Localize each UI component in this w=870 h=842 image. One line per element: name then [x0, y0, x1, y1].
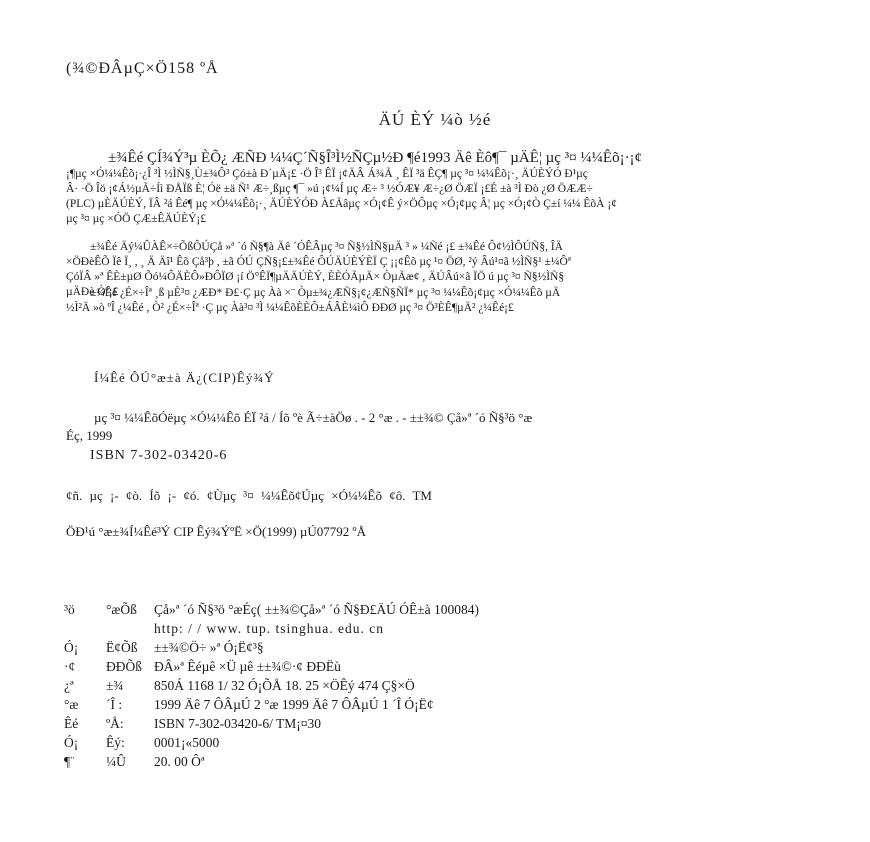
info-label: Ó¡	[64, 735, 106, 754]
info-label: Ó¡	[64, 640, 106, 659]
cip-heading: Í¼Êé ÔÚ°æ±à Ä¿(CIP)Êý¾Ý	[94, 370, 274, 386]
info-value: 1999 Äê 7 ÔÂµÚ 2 °æ 1999 Äê 7 ÔÂµÚ 1 ´Î …	[154, 697, 479, 716]
info-row-printer: Ó¡ Ë¢Õß ±±¾©Ö÷ »ª Ó¡Ë¢³§	[64, 640, 479, 659]
info-value: ISBN 7-302-03420-6/ TM¡¤30	[154, 716, 479, 735]
info-value: ÐÂ»ª Êéµê ×Ü µê ±±¾©·¢ ÐÐËù	[154, 659, 479, 678]
cip-isbn: ISBN 7-302-03420-6	[90, 448, 227, 464]
paragraph-line: ×ÖÐèÊÕ Ïê Ï¸ , ¸ Ä Äî¹ Êõ Çå³þ , ±ã ÓÚ Ç…	[66, 255, 826, 270]
paragraph-line: ÇóÏÂ »ª ÊÈ±µØ Õó¼ÔÄÈÔ»ÐÔÏØ ¡í Ö°ÊÏ¶µÄÄÚÈ…	[66, 270, 826, 285]
cip-classification: ¢ñ. µç ¡- ¢ò. Íõ ¡- ¢ó. ¢Ùµç ³¤ ¼¼Êõ¢Úµç…	[66, 488, 432, 504]
info-row-format: ¿ª ±¾ 850Á 1168 1/ 32 Ó¡ÕÅ 18. 25 ×ÖÊý 4…	[64, 678, 479, 697]
paragraph-line: ±¾Êé ÇÍ¾Ý³µ ÈÕ¿ ÆÑÐ ¼¼Ç´Ñ§Î³Ì½ÑÇµ½Ð ¶é19…	[66, 149, 826, 167]
paragraph-line: (PLC) µÈÄÚÈÝ, ÏÂ ²á Êé¶ µç ×Ó¼¼Êõ¡·¸ ÄÚÈ…	[66, 197, 826, 212]
cip-record-number: ÖÐ¹ú °æ±¾Í¼Êé³Ý CIP Êý¾ÝºË ×Ö(1999) µÚ07…	[66, 524, 366, 540]
info-label: °æ	[64, 697, 106, 716]
info-label: Ë¢Õß	[106, 640, 154, 659]
cip-entry-line-2: Éç, 1999	[66, 428, 112, 444]
info-label: ¶¨	[64, 754, 106, 773]
summary-paragraph-1: ±¾Êé ÇÍ¾Ý³µ ÈÕ¿ ÆÑÐ ¼¼Ç´Ñ§Î³Ì½ÑÇµ½Ð ¶é19…	[66, 149, 826, 227]
cip-entry-line-1: µç ³¤ ¼¼ÊõÓëµç ×Ó¼¼Êõ ÉÏ ²á / Íõ ºè Ã÷±à…	[94, 410, 532, 426]
info-value: ±±¾©Ö÷ »ª Ó¡Ë¢³§	[154, 640, 479, 659]
info-value: 850Á 1168 1/ 32 Ó¡ÕÅ 18. 25 ×ÖÊý 474 Ç§×…	[154, 678, 479, 697]
document-code: (¾©ÐÂµÇ×Ö158 ºÅ	[66, 60, 219, 78]
info-row-print-run: Ó¡ Êý: 0001¡«5000	[64, 735, 479, 754]
info-label: Êé	[64, 716, 106, 735]
info-row-publisher: ³ö °æÕß Çå»ª ´ó Ñ§³ö °æÉç( ±±¾©Çå»ª ´ó Ñ…	[64, 602, 479, 621]
info-label: ºÅ:	[106, 716, 154, 735]
info-label: ¿ª	[64, 678, 106, 697]
website-link[interactable]: http: / / www. tup. tsinghua. edu. cn	[154, 621, 479, 640]
info-label: ÐÐÕß	[106, 659, 154, 678]
info-label: ±¾	[106, 678, 154, 697]
paragraph-line: ½Ì²Ä »ò ºÎ ¿¼Êé , Ò² ¿É×÷Îª ·Ç µç Àà³¤ ³…	[66, 301, 826, 316]
info-value: 20. 00 Ôª	[154, 754, 479, 773]
paragraph-line: ±¾Êé Äý¼ÛÀÊ×÷ÕßÔÚÇå »ª ´ó Ñ§¶à Äê ´ÓÊÂµç…	[66, 240, 826, 255]
paragraph-line: ±¾Êé ¿É×÷Îª ¸ß µÈ³¤ ¿ÆÐ* Ð£·Ç µç Àà ×¨ Ò…	[66, 286, 826, 301]
info-label: ·¢	[64, 659, 106, 678]
info-label: ¼Û	[106, 754, 154, 773]
paragraph-line: µç ³¤ µç ×ÓÖ ÇÆ±ÊÄÚÈÝ¡£	[66, 212, 826, 227]
info-label	[64, 621, 106, 640]
info-row-edition: °æ ´Î : 1999 Äê 7 ÔÂµÚ 2 °æ 1999 Äê 7 ÔÂ…	[64, 697, 479, 716]
info-label	[106, 621, 154, 640]
info-label: Êý:	[106, 735, 154, 754]
info-label: ³ö	[64, 602, 106, 621]
publication-info-table: ³ö °æÕß Çå»ª ´ó Ñ§³ö °æÉç( ±±¾©Çå»ª ´ó Ñ…	[64, 602, 479, 773]
summary-paragraph-3: ±¾Êé ¿É×÷Îª ¸ß µÈ³¤ ¿ÆÐ* Ð£·Ç µç Àà ×¨ Ò…	[66, 286, 826, 316]
info-label: ´Î :	[106, 697, 154, 716]
paragraph-line: Â· ·Ö Îö ¡¢Á½µÃ÷Íì ÐÅÏß È¦ Óë ±ä Ñ¹ Æ÷¸ß…	[66, 182, 826, 197]
info-row-book-number: Êé ºÅ: ISBN 7-302-03420-6/ TM¡¤30	[64, 716, 479, 735]
info-row-website: http: / / www. tup. tsinghua. edu. cn	[64, 621, 479, 640]
info-row-price: ¶¨ ¼Û 20. 00 Ôª	[64, 754, 479, 773]
paragraph-line: ¡¶µç ×Ó¼¼Êõ¡·¿Î ³Ì ½ÌÑ§¸Ù±¾Ô³ Çó±à Ð´µÄ¡…	[66, 167, 826, 182]
info-row-distributor: ·¢ ÐÐÕß ÐÂ»ª Êéµê ×Ü µê ±±¾©·¢ ÐÐËù	[64, 659, 479, 678]
info-value: 0001¡«5000	[154, 735, 479, 754]
info-label: °æÕß	[106, 602, 154, 621]
section-title: ÄÚ ÈÝ ¼ò ½é	[0, 110, 870, 130]
info-value: Çå»ª ´ó Ñ§³ö °æÉç( ±±¾©Çå»ª ´ó Ñ§Ð£ÄÚ ÓÊ…	[154, 602, 479, 621]
